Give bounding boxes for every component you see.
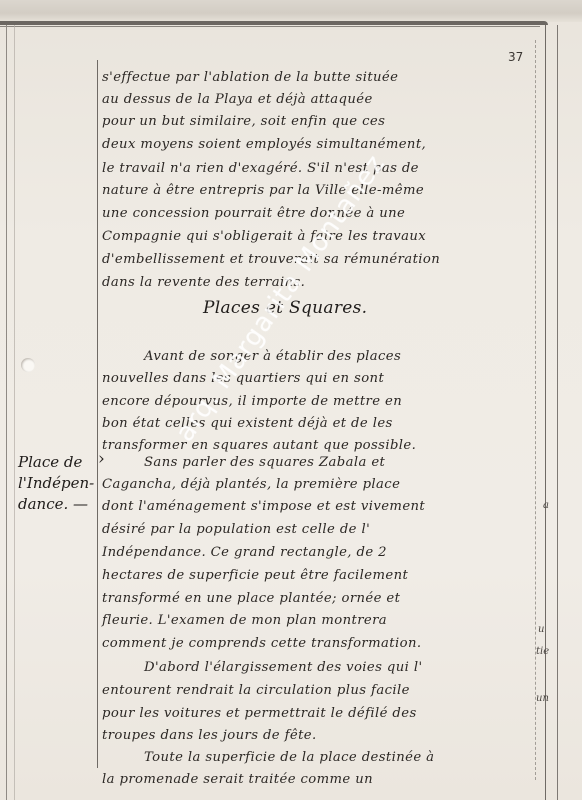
text-line: troupes dans les jours de fête. <box>102 728 317 743</box>
text-line: la promenade serait traitée comme un <box>102 772 373 787</box>
text-line: Compagnie qui s'obligerait à faire les t… <box>102 229 426 244</box>
margin-note-line: l'Indépen- <box>18 473 98 494</box>
text-line: bon état celles qui existent déjà et de … <box>102 416 393 431</box>
text-line: pour un but similaire, soit enfin que ce… <box>102 114 385 129</box>
text-line: D'abord l'élargissement des voies qui l' <box>102 660 422 675</box>
text-line: deux moyens soient employés simultanémen… <box>102 137 426 152</box>
right-margin-fragment: u <box>538 624 544 635</box>
text-line: hectares de superficie peut être facilem… <box>102 568 408 583</box>
text-line: Indépendance. Ce grand rectangle, de 2 <box>102 545 387 560</box>
text-line: Toute la superficie de la place destinée… <box>102 750 434 765</box>
page-right-border-outer <box>557 25 558 800</box>
page-left-border-inner <box>14 25 15 800</box>
margin-note-line: Place de <box>18 452 98 473</box>
margin-note-line: dance. — <box>18 494 98 515</box>
text-line: fleurie. L'examen de mon plan montrera <box>102 613 387 628</box>
text-line: désiré par la population est celle de l' <box>102 522 370 537</box>
scan-edge-shadow <box>0 0 582 22</box>
page-right-border <box>545 25 546 800</box>
page-left-border <box>6 25 7 800</box>
text-line: d'embellissement et trouverait sa rémuné… <box>102 252 440 267</box>
text-line: au dessus de la Playa et déjà attaquée <box>102 92 373 107</box>
page-top-border <box>0 21 548 25</box>
text-line: Sans parler des squares Zabala et <box>102 455 385 470</box>
right-margin-fragment: tie <box>536 646 549 657</box>
right-margin-fragment: a <box>543 500 549 511</box>
right-dotted-rule <box>535 40 536 780</box>
right-margin-fragment: un <box>536 693 549 704</box>
text-line: s'effectue par l'ablation de la butte si… <box>102 70 398 85</box>
text-line: transformer en squares autant que possib… <box>102 438 416 453</box>
scanned-page: 37 s'effectue par l'ablation de la butte… <box>0 0 582 800</box>
margin-rule <box>97 60 98 768</box>
page-top-border-inner <box>0 26 540 27</box>
text-line: encore dépourvus, il importe de mettre e… <box>102 394 402 409</box>
punch-hole <box>21 358 35 372</box>
text-line: entourent rendrait la circulation plus f… <box>102 683 410 698</box>
margin-note: Place de l'Indépen- dance. — <box>18 452 98 515</box>
text-line: Cagancha, déjà plantés, la première plac… <box>102 477 400 492</box>
text-line: comment je comprends cette transformatio… <box>102 636 421 651</box>
page-number: 37 <box>508 50 523 64</box>
text-line: pour les voitures et permettrait le défi… <box>102 706 417 721</box>
text-line: dont l'aménagement s'impose et est vivem… <box>102 499 425 514</box>
text-line: transformé en une place plantée; ornée e… <box>102 591 400 606</box>
